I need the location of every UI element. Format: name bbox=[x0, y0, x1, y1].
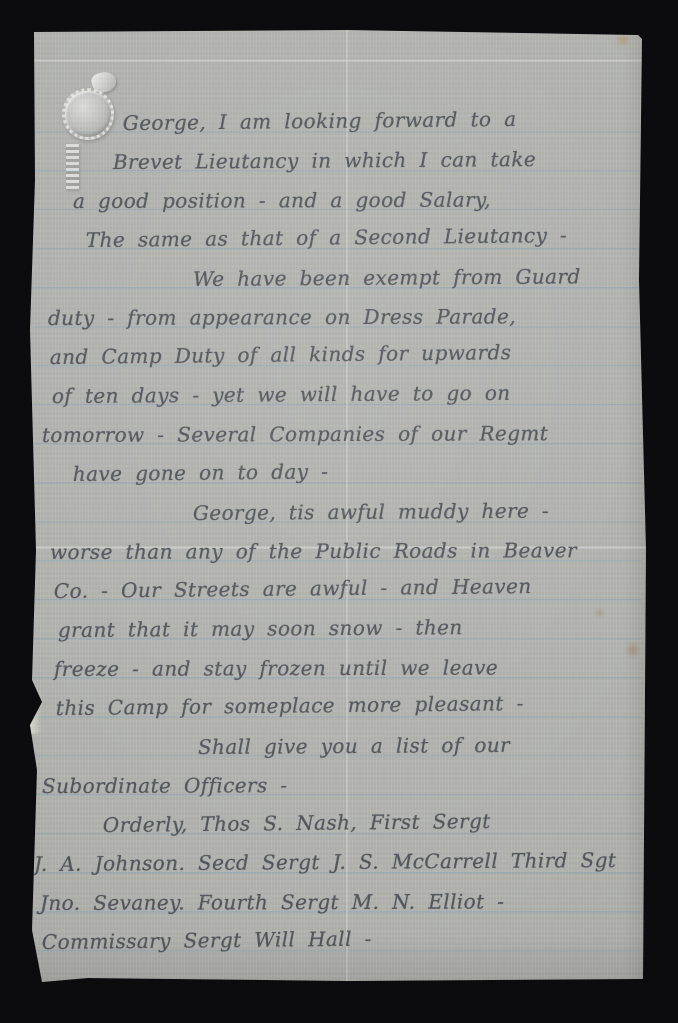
torn-edge-chip bbox=[28, 690, 42, 734]
top-fold-crease bbox=[28, 58, 648, 63]
handwritten-line: Shall give you a list of our bbox=[198, 732, 510, 760]
handwritten-line: Brevet Lieutancy in which I can take bbox=[113, 146, 536, 175]
paper-stain bbox=[614, 34, 632, 46]
handwritten-line: of ten days - yet we will have to go on bbox=[52, 380, 511, 409]
paper-stain bbox=[624, 642, 642, 658]
handwritten-line: have gone on to day - bbox=[73, 458, 329, 487]
seal-ring bbox=[62, 88, 114, 140]
seal-tail bbox=[66, 144, 79, 190]
handwritten-line: Commissary Sergt Will Hall - bbox=[42, 926, 372, 955]
handwritten-line: We have been exempt from Guard bbox=[193, 263, 581, 292]
letter-page: George, I am looking forward to aBrevet … bbox=[28, 30, 648, 982]
handwritten-line: and Camp Duty of all kinds for upwards bbox=[50, 339, 512, 370]
handwritten-line: Subordinate Officers - bbox=[42, 772, 288, 799]
seal-knob bbox=[89, 69, 118, 95]
handwritten-line: freeze - and stay frozen until we leave bbox=[54, 654, 498, 682]
handwritten-line: duty - from appearance on Dress Parade, bbox=[48, 303, 516, 331]
handwritten-line: grant that it may soon snow - then bbox=[58, 614, 463, 643]
photo-background: George, I am looking forward to aBrevet … bbox=[0, 0, 678, 1023]
handwritten-line: Jno. Sevaney. Fourth Sergt M. N. Elliot … bbox=[40, 888, 505, 916]
handwritten-line: The same as that of a Second Lieutancy - bbox=[86, 222, 568, 253]
handwritten-line: a good position - and a good Salary, bbox=[73, 187, 491, 214]
handwritten-line: this Camp for someplace more pleasant - bbox=[56, 690, 524, 721]
handwritten-line: Co. - Our Streets are awful - and Heaven bbox=[54, 573, 532, 604]
handwritten-line: George, I am looking forward to a bbox=[123, 106, 517, 136]
handwritten-line: tomorrow - Several Companies of our Regm… bbox=[42, 420, 548, 448]
paper-stain bbox=[594, 608, 606, 618]
handwritten-line: J. A. Johnson. Secd Sergt J. S. McCarrel… bbox=[34, 847, 617, 877]
handwritten-line: Orderly, Thos S. Nash, First Sergt bbox=[103, 808, 491, 838]
handwritten-line: worse than any of the Public Roads in Be… bbox=[50, 537, 577, 565]
handwritten-line: George, tis awful muddy here - bbox=[193, 498, 549, 526]
